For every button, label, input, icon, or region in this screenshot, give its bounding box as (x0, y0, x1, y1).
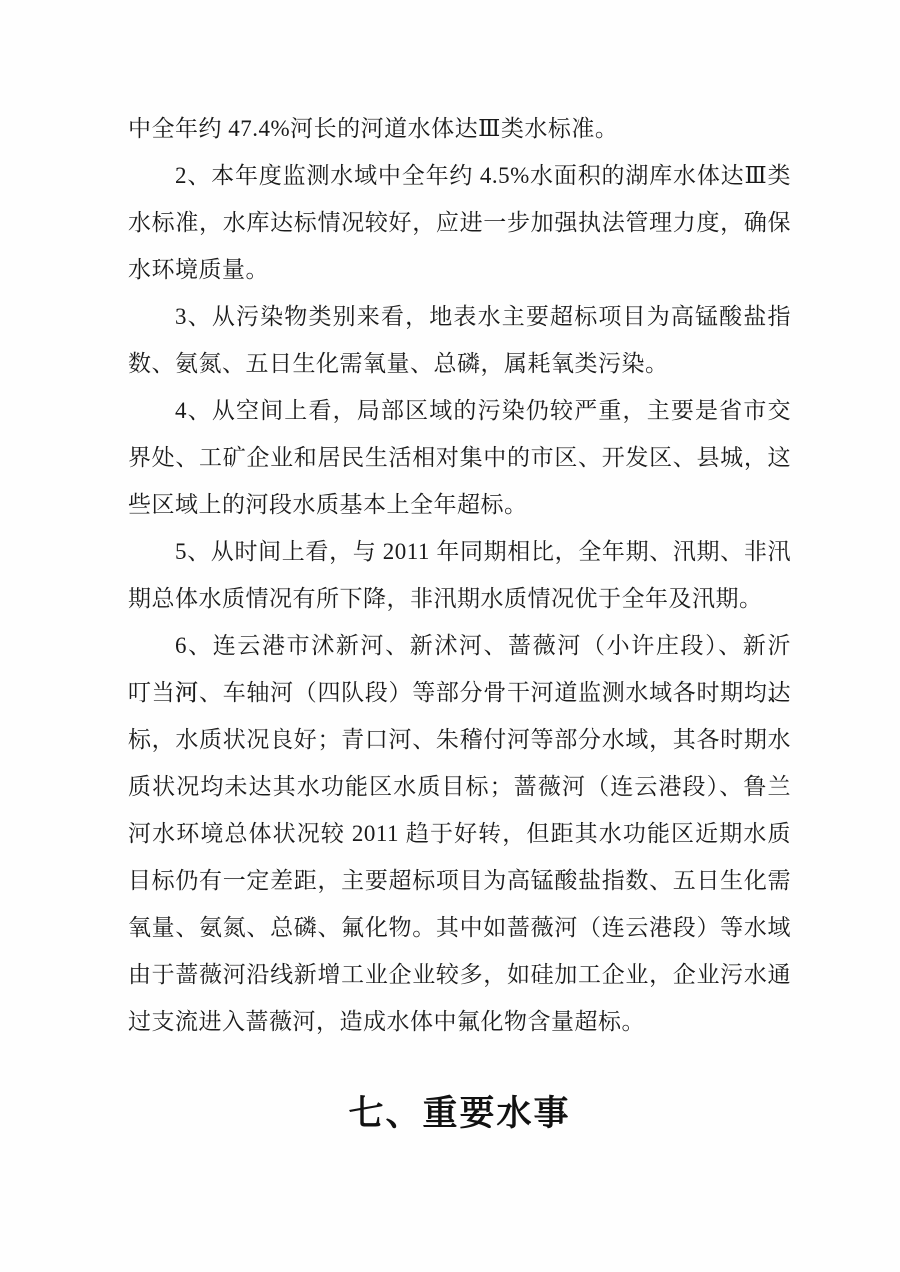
document-body: 中全年约 47.4%河长的河道水体达Ⅲ类水标准。2、本年度监测水域中全年约 4.… (128, 105, 791, 1139)
text-line: 期总体水质情况有所下降，非汛期水质情况优于全年及汛期。 (128, 575, 791, 622)
text-line: 6、连云港市沭新河、新沭河、蔷薇河（小许庄段）、新沂河、 (128, 622, 791, 669)
text-line: 水标准，水库达标情况较好，应进一步加强执法管理力度，确保 (128, 199, 791, 246)
text-lines: 中全年约 47.4%河长的河道水体达Ⅲ类水标准。2、本年度监测水域中全年约 4.… (128, 105, 791, 1045)
text-line: 界处、工矿企业和居民生活相对集中的市区、开发区、县城，这 (128, 434, 791, 481)
text-line: 5、从时间上看，与 2011 年同期相比，全年期、汛期、非汛 (128, 528, 791, 575)
text-line: 标，水质状况良好；青口河、朱稽付河等部分水域，其各时期水 (128, 716, 791, 763)
text-line: 中全年约 47.4%河长的河道水体达Ⅲ类水标准。 (128, 105, 791, 152)
text-line: 氧量、氨氮、总磷、氟化物。其中如蔷薇河（连云港段）等水域 (128, 904, 791, 951)
text-line: 目标仍有一定差距，主要超标项目为高锰酸盐指数、五日生化需 (128, 857, 791, 904)
text-line: 河水环境总体状况较 2011 趋于好转，但距其水功能区近期水质 (128, 810, 791, 857)
document-page: 中全年约 47.4%河长的河道水体达Ⅲ类水标准。2、本年度监测水域中全年约 4.… (0, 0, 900, 1272)
text-line: 水环境质量。 (128, 246, 791, 293)
text-line: 些区域上的河段水质基本上全年超标。 (128, 481, 791, 528)
text-line: 2、本年度监测水域中全年约 4.5%水面积的湖库水体达Ⅲ类 (128, 152, 791, 199)
text-line: 数、氨氮、五日生化需氧量、总磷，属耗氧类污染。 (128, 340, 791, 387)
text-line: 3、从污染物类别来看，地表水主要超标项目为高锰酸盐指 (128, 293, 791, 340)
section-heading: 七、重要水事 (128, 1089, 791, 1139)
text-line: 叮当河、车轴河（四队段）等部分骨干河道监测水域各时期均达 (128, 669, 791, 716)
text-line: 质状况均未达其水功能区水质目标；蔷薇河（连云港段）、鲁兰 (128, 763, 791, 810)
text-line: 4、从空间上看，局部区域的污染仍较严重，主要是省市交 (128, 387, 791, 434)
text-line: 过支流进入蔷薇河，造成水体中氟化物含量超标。 (128, 998, 791, 1045)
text-line: 由于蔷薇河沿线新增工业企业较多，如硅加工企业，企业污水通 (128, 951, 791, 998)
